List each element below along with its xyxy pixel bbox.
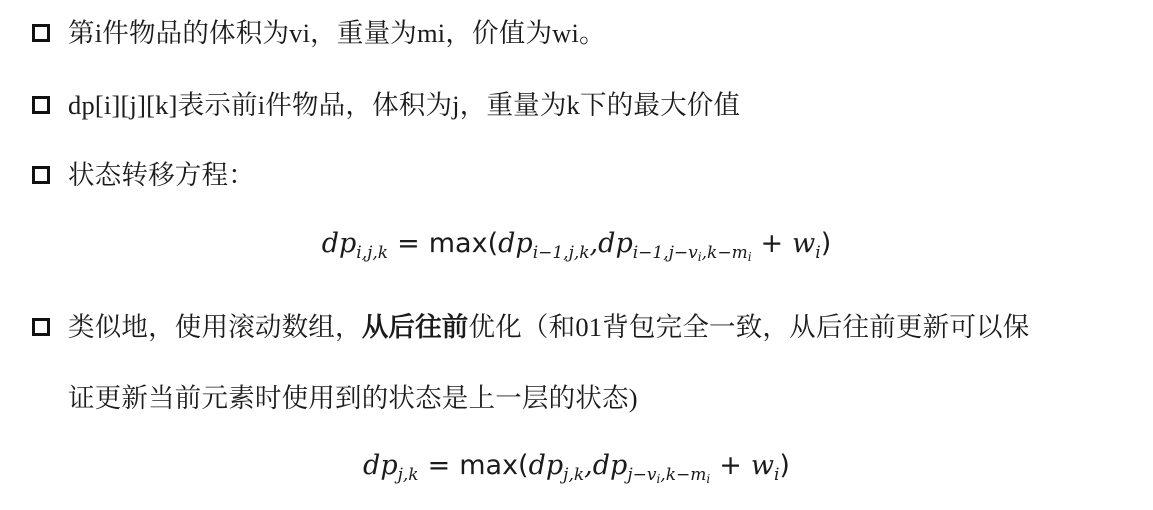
formula-arg2: dp — [598, 228, 633, 259]
bullet-text: dp[i][j][k]表示前i件物品，体积为j，重量为k下的最大价值 — [68, 85, 740, 125]
formula-arg2-subscript: j−vi,k−mi — [627, 465, 710, 485]
subscript-part: j−v — [627, 465, 656, 485]
formula-equals: = — [397, 228, 420, 259]
formula-open-paren: ( — [518, 450, 529, 481]
formula-comma: , — [584, 450, 593, 481]
subscript-part: i−1,j−v — [633, 243, 698, 263]
formula-lhs: dp — [322, 228, 357, 259]
transition-formula: dpi,j,k=max(dpi−1,j,k,dpi−1,j−vi,k−mi+wi… — [0, 221, 1153, 266]
formula-arg2: dp — [593, 450, 628, 481]
formula-weight: w — [751, 450, 774, 481]
formula-arg1-subscript: i−1,j,k — [533, 243, 590, 263]
rolling-formula: dpj,k=max(dpj,k,dpj−vi,k−mi+wi) — [0, 443, 1153, 488]
formula-max-function: max — [459, 450, 518, 481]
subscript-index: i — [706, 472, 710, 486]
bullet-text: 类似地，使用滚动数组，从后往前优化（和01背包完全一致，从后往前更新可以保 — [68, 307, 1029, 347]
formula-arg1: dp — [498, 228, 533, 259]
square-bullet-icon — [32, 96, 50, 114]
formula-weight: w — [792, 228, 815, 259]
square-bullet-icon — [32, 318, 50, 336]
bullet-item-item-definition: 第i件物品的体积为vi，重量为mi，价值为wi。 — [0, 13, 1153, 53]
formula-lhs-subscript: j,k — [398, 465, 419, 485]
formula-arg2-subscript: i−1,j−vi,k−mi — [633, 243, 752, 263]
bullet-text: 第i件物品的体积为vi，重量为mi，价值为wi。 — [68, 13, 606, 53]
formula-equals: = — [428, 450, 451, 481]
formula-plus: + — [761, 228, 784, 259]
bullet-item-dp-definition: dp[i][j][k]表示前i件物品，体积为j，重量为k下的最大价值 — [0, 85, 1153, 125]
bullet-text-continuation: 证更新当前元素时使用到的状态是上一层的状态) — [68, 378, 638, 418]
formula-close-paren: ) — [821, 228, 832, 259]
formula-max-function: max — [429, 228, 488, 259]
formula-lhs: dp — [363, 450, 398, 481]
square-bullet-icon — [32, 166, 50, 184]
subscript-part: ,k−m — [702, 243, 748, 263]
formula-close-paren: ) — [779, 450, 790, 481]
formula-lhs-subscript: i,j,k — [356, 243, 388, 263]
bullet-bold-emphasis: 从后往前 — [362, 312, 469, 342]
bullet-text: 状态转移方程： — [68, 155, 255, 195]
bullet-item-rolling-array: 类似地，使用滚动数组，从后往前优化（和01背包完全一致，从后往前更新可以保 — [0, 307, 1153, 347]
formula-open-paren: ( — [488, 228, 499, 259]
bullet-text-part: 类似地，使用滚动数组， — [68, 312, 362, 342]
formula-arg1: dp — [529, 450, 564, 481]
formula-plus: + — [719, 450, 742, 481]
subscript-index: i — [748, 250, 752, 264]
formula-arg1-subscript: j,k — [563, 465, 584, 485]
square-bullet-icon — [32, 24, 50, 42]
bullet-text-part: 优化（和01背包完全一致，从后往前更新可以保 — [469, 312, 1030, 342]
bullet-continuation: 证更新当前元素时使用到的状态是上一层的状态) — [0, 378, 1153, 418]
formula-comma: , — [590, 228, 599, 259]
bullet-item-transition-heading: 状态转移方程： — [0, 155, 1153, 195]
subscript-part: ,k−m — [660, 465, 706, 485]
